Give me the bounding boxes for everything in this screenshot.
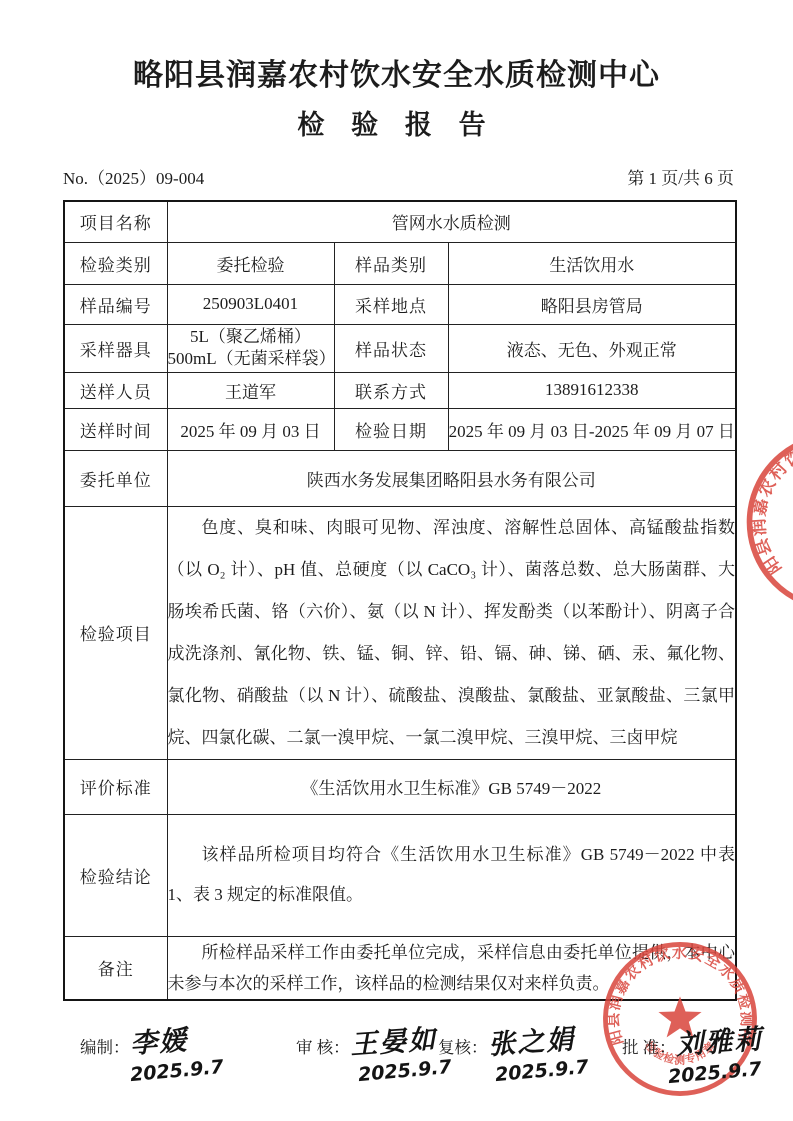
container-line2: 500mL（无菌采样袋） (168, 348, 334, 370)
client-value: 陕西水务发展集团略阳县水务有限公司 (167, 450, 736, 506)
test-date-value: 2025 年 09 月 03 日-2025 年 09 月 07 日 (448, 408, 736, 450)
row-test-type: 检验类别 委托检验 样品类别 生活饮用水 (64, 242, 736, 284)
report-number: No.（2025）09-004 (63, 164, 204, 189)
report-table: 项目名称 管网水水质检测 检验类别 委托检验 样品类别 生活饮用水 样品编号 2… (63, 200, 737, 1001)
signature-row: 编制： 李媛 2025.9.7 审 核： 王晏如 2025.9.7 复核： 张之… (0, 1002, 793, 1112)
items-label: 检验项目 (64, 506, 167, 759)
row-items: 检验项目 色度、臭和味、肉眼可见物、浑浊度、溶解性总固体、高锰酸盐指数（以 O₂… (64, 506, 736, 759)
row-standard: 评价标准 《生活饮用水卫生标准》GB 5749－2022 (64, 759, 736, 814)
checked-signature: 张之娟 (486, 1017, 576, 1062)
page-indicator: 第 1 页/共 6 页 (627, 164, 734, 189)
prepared-by: 编制： 李媛 (80, 1020, 188, 1059)
row-sender: 送样人员 王道军 联系方式 13891612338 (64, 372, 736, 408)
sample-no-label: 样品编号 (64, 284, 167, 324)
container-line1: 5L（聚乙烯桶） (168, 326, 334, 348)
project-value: 管网水水质检测 (167, 201, 736, 242)
sample-no-value: 250903L0401 (167, 284, 334, 324)
sample-type-value: 生活饮用水 (448, 242, 736, 284)
container-value: 5L（聚乙烯桶） 500mL（无菌采样袋） (167, 324, 334, 372)
project-label: 项目名称 (64, 201, 167, 242)
conclusion-value: 该样品所检项目均符合《生活饮用水卫生标准》GB 5749－2022 中表 1、表… (167, 814, 736, 936)
checked-by: 复核： 张之娟 (438, 1020, 575, 1059)
items-value: 色度、臭和味、肉眼可见物、浑浊度、溶解性总固体、高锰酸盐指数（以 O₂ 计）、p… (167, 506, 736, 759)
contact-label: 联系方式 (334, 372, 448, 408)
row-dates: 送样时间 2025 年 09 月 03 日 检验日期 2025 年 09 月 0… (64, 408, 736, 450)
sender-label: 送样人员 (64, 372, 167, 408)
reviewed-by: 审 核： 王晏如 (296, 1020, 437, 1059)
sender-value: 王道军 (167, 372, 334, 408)
approved-signature: 刘雅莉 (674, 1017, 764, 1062)
standard-label: 评价标准 (64, 759, 167, 814)
test-type-label: 检验类别 (64, 242, 167, 284)
reviewed-label: 审 核： (296, 1020, 350, 1058)
approved-by: 批 准： 刘雅莉 (622, 1020, 763, 1059)
container-label: 采样器具 (64, 324, 167, 372)
report-page: 略阳县润嘉农村饮水安全水质检测中心 检 验 报 告 No.（2025）09-00… (0, 0, 793, 1121)
location-label: 采样地点 (334, 284, 448, 324)
send-date-value: 2025 年 09 月 03 日 (167, 408, 334, 450)
location-value: 略阳县房管局 (448, 284, 736, 324)
checked-label: 复核： (438, 1020, 488, 1058)
report-meta: No.（2025）09-004 第 1 页/共 6 页 (63, 164, 734, 189)
row-container: 采样器具 5L（聚乙烯桶） 500mL（无菌采样袋） 样品状态 液态、无色、外观… (64, 324, 736, 372)
prepared-signature: 李媛 (128, 1018, 189, 1061)
conclusion-label: 检验结论 (64, 814, 167, 936)
test-date-label: 检验日期 (334, 408, 448, 450)
state-value: 液态、无色、外观正常 (448, 324, 736, 372)
remark-label: 备注 (64, 936, 167, 1000)
state-label: 样品状态 (334, 324, 448, 372)
test-type-value: 委托检验 (167, 242, 334, 284)
row-client: 委托单位 陕西水务发展集团略阳县水务有限公司 (64, 450, 736, 506)
send-date-label: 送样时间 (64, 408, 167, 450)
prepared-date: 2025.9.7 (129, 1056, 224, 1086)
org-name: 略阳县润嘉农村饮水安全水质检测中心 (0, 0, 793, 94)
prepared-label: 编制： (80, 1020, 130, 1058)
client-label: 委托单位 (64, 450, 167, 506)
row-sample-no: 样品编号 250903L0401 采样地点 略阳县房管局 (64, 284, 736, 324)
reviewed-signature: 王晏如 (348, 1017, 438, 1062)
row-conclusion: 检验结论 该样品所检项目均符合《生活饮用水卫生标准》GB 5749－2022 中… (64, 814, 736, 936)
report-title: 检 验 报 告 (0, 103, 793, 142)
approved-label: 批 准： (622, 1020, 676, 1058)
standard-value: 《生活饮用水卫生标准》GB 5749－2022 (167, 759, 736, 814)
contact-value: 13891612338 (448, 372, 736, 408)
approved-date: 2025.9.7 (667, 1058, 762, 1088)
row-project: 项目名称 管网水水质检测 (64, 201, 736, 242)
sample-type-label: 样品类别 (334, 242, 448, 284)
